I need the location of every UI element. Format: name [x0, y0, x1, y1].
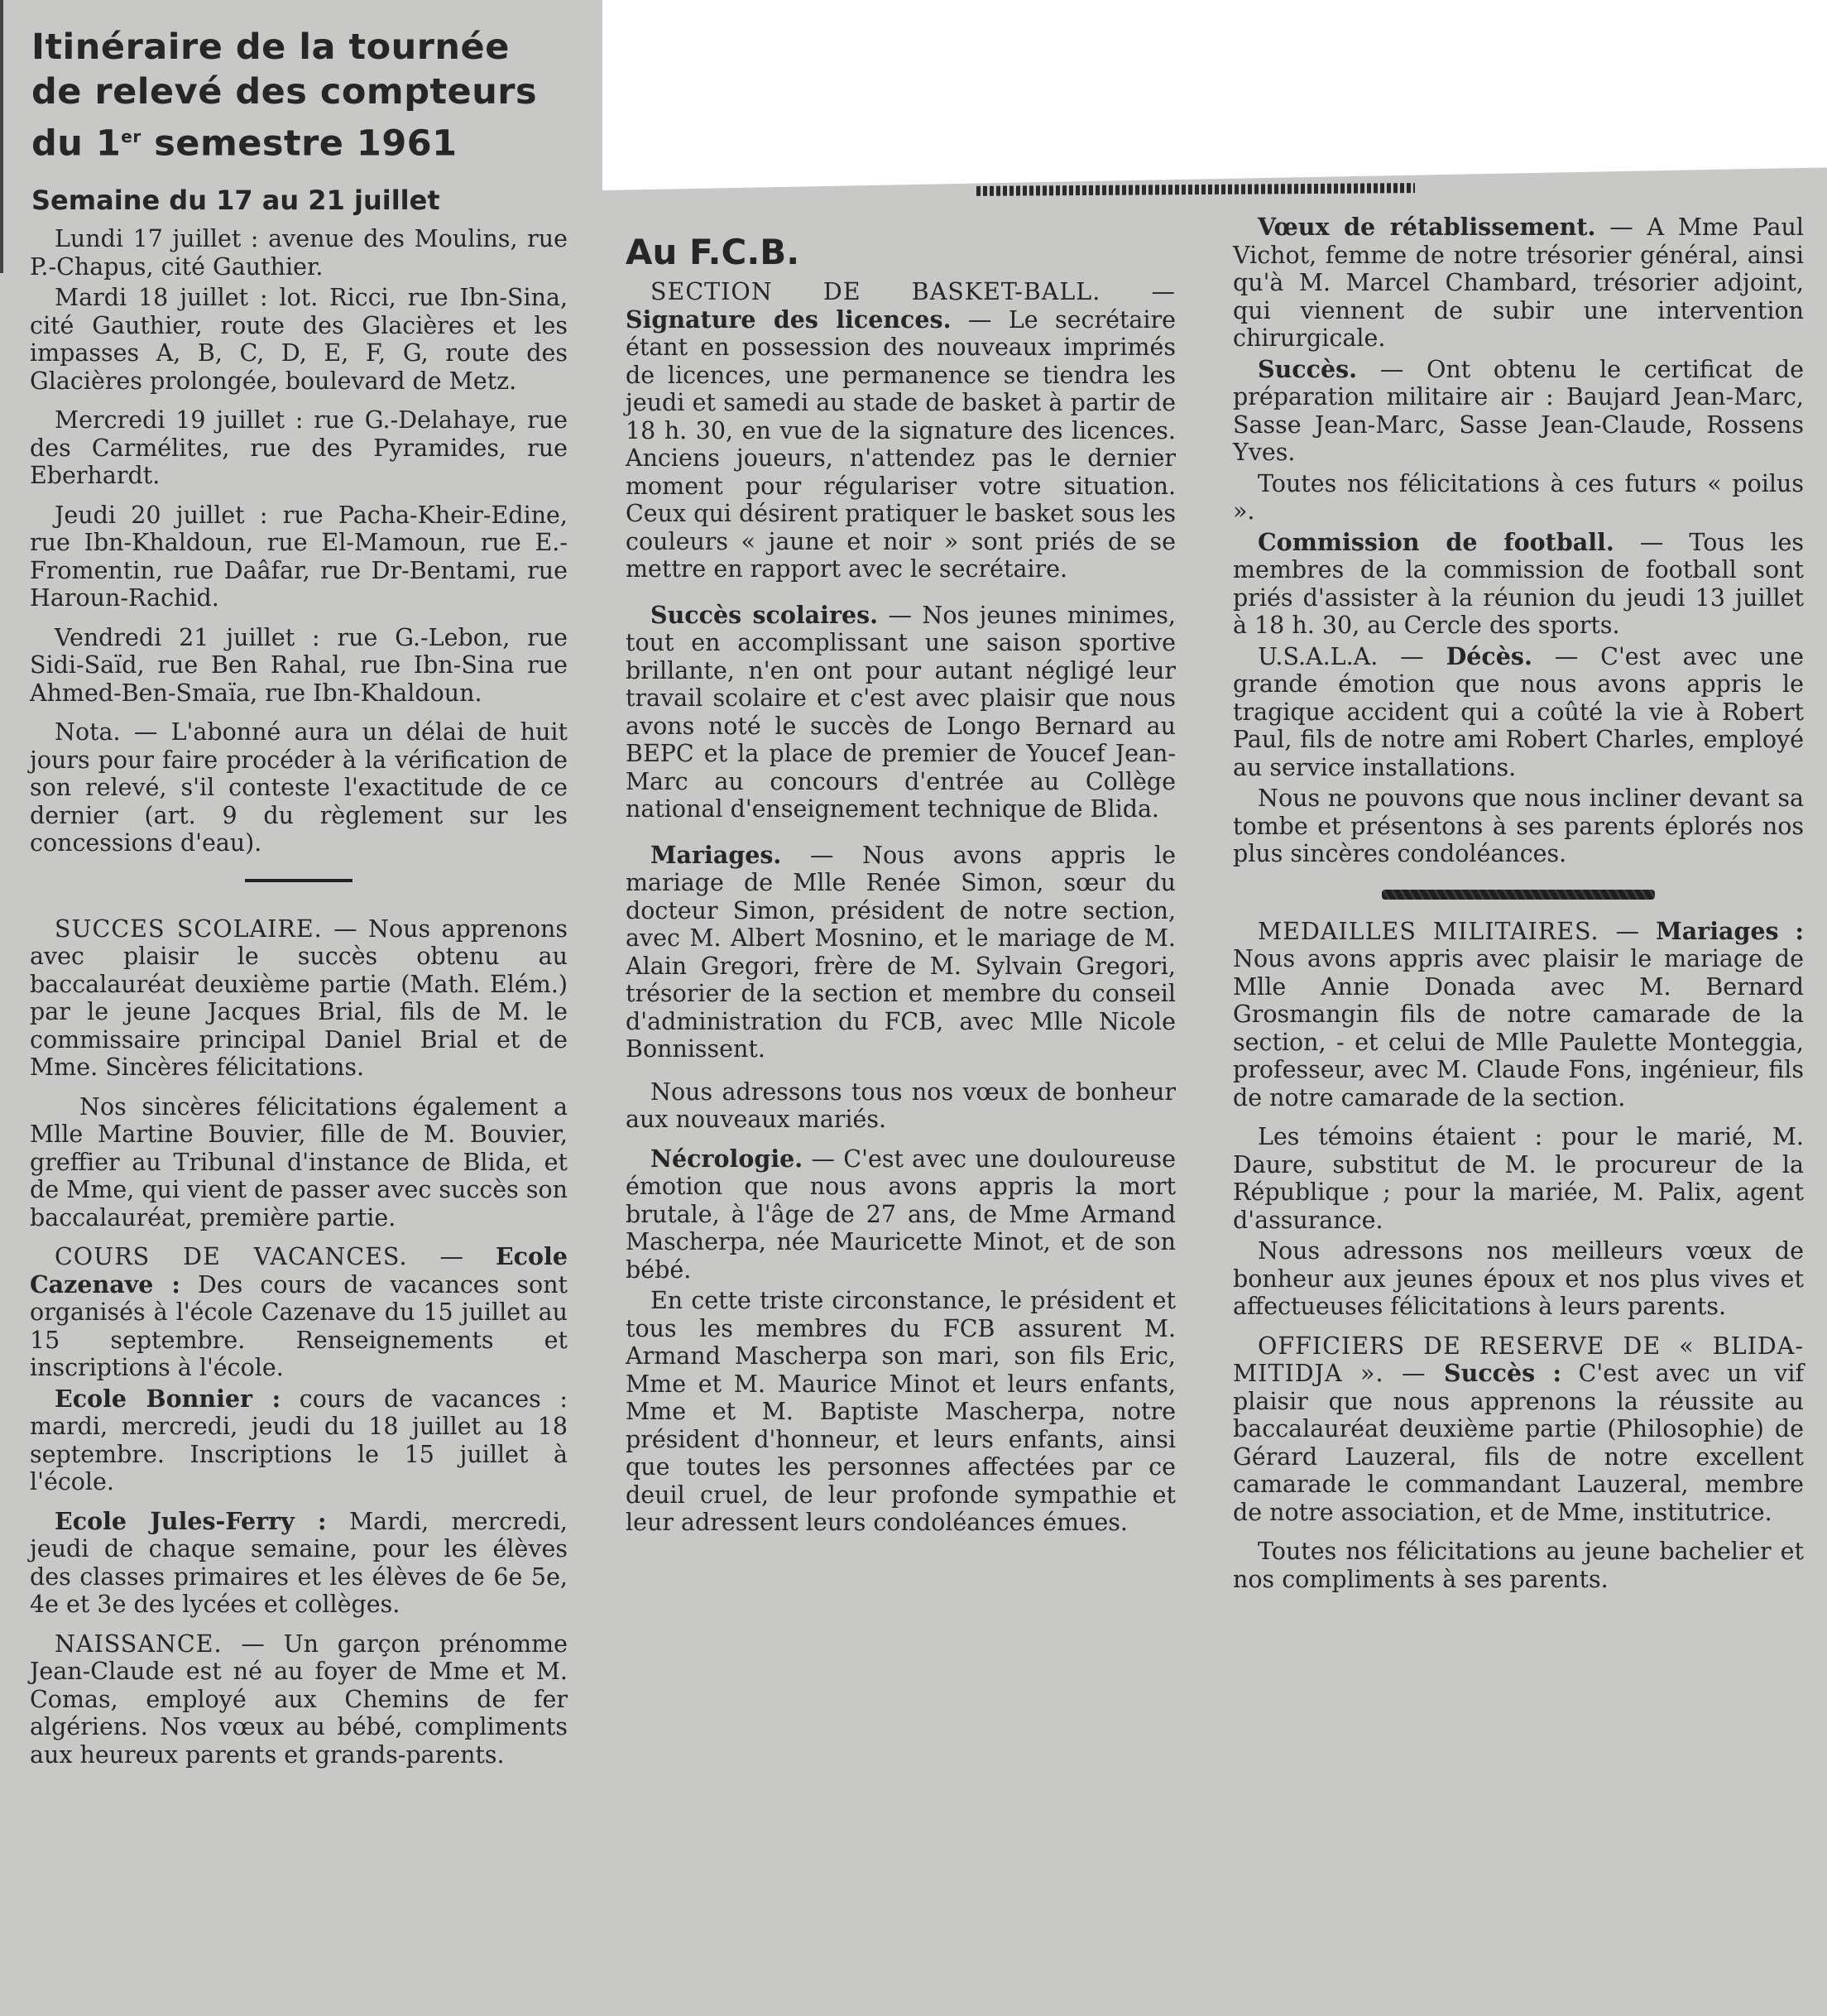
day-label: Mardi 18 juillet :	[55, 284, 268, 311]
meilleurs-voeux-paragraph: Nous adressons nos meilleurs vœux de bon…	[1233, 1237, 1804, 1321]
naissance-paragraph: NAISSANCE. — Un garçon prénomme Jean-Cla…	[30, 1630, 568, 1769]
day-label: Mercredi 19 juillet :	[55, 406, 303, 434]
section-lead: SECTION DE BASKET-BALL. —	[650, 278, 1176, 305]
section-lead: Nécrologie.	[650, 1145, 803, 1173]
headline-itineraire: Itinéraire de la tournée de relevé des c…	[31, 25, 568, 166]
section-text: Nous avons appris avec plaisir le mariag…	[1233, 945, 1804, 1111]
succes-scolaire-paragraph: SUCCES SCOLAIRE. — Nous apprenons avec p…	[30, 915, 568, 1082]
mariages-paragraph: Mariages. — Nous avons appris le mariage…	[626, 842, 1176, 1063]
schedule-monday: Lundi 17 juillet : avenue des Moulins, r…	[30, 225, 568, 281]
fcb-title: Au F.C.B.	[626, 232, 1176, 273]
section-lead: SUCCES SCOLAIRE.	[55, 915, 323, 943]
dash: —	[408, 1243, 496, 1270]
headline-line-3-post: semestre 1961	[141, 122, 458, 164]
headline-line-3-pre: du 1	[31, 122, 121, 164]
headline-line-2: de relevé des compteurs	[31, 70, 568, 114]
org-name: U.S.A.L.A. —	[1258, 643, 1446, 670]
blank-paper-area	[602, 0, 1827, 190]
section-lead: NAISSANCE.	[55, 1630, 223, 1658]
bachelier-paragraph: Toutes nos félicitations au jeune bachel…	[1233, 1538, 1804, 1593]
nota-paragraph: Nota. — L'abonné aura un délai de huit j…	[30, 718, 568, 857]
section-lead: Succès.	[1258, 355, 1357, 383]
schedule-wednesday: Mercredi 19 juillet : rue G.-Delahaye, r…	[30, 406, 568, 490]
section-lead: Décès.	[1446, 642, 1532, 670]
section-lead: Commission de football.	[1258, 528, 1614, 556]
schedule-tuesday: Mardi 18 juillet : lot. Ricci, rue Ibn-S…	[30, 284, 568, 395]
incliner-paragraph: Nous ne pouvons que nous incliner devant…	[1233, 785, 1804, 868]
temoins-paragraph: Les témoins étaient : pour le marié, M. …	[1233, 1123, 1804, 1234]
basket-paragraph: SECTION DE BASKET-BALL. — Signature des …	[626, 278, 1176, 583]
school-name: Ecole Jules-Ferry :	[55, 1507, 327, 1535]
usala-paragraph: U.S.A.L.A. — Décès. — C'est avec une gra…	[1233, 643, 1804, 782]
necrologie-paragraph: Nécrologie. — C'est avec une douloureuse…	[626, 1145, 1176, 1284]
day-label: Jeudi 20 juillet :	[55, 502, 267, 529]
subsection-lead: Signature des licences.	[626, 305, 952, 334]
school-name: Ecole Bonnier :	[55, 1385, 281, 1413]
section-text: — Nos jeunes minimes, tout en accompliss…	[626, 602, 1176, 823]
medailles-paragraph: MEDAILLES MILITAIRES. — Mariages : Nous …	[1233, 918, 1804, 1112]
succes-paragraph: Succès. — Ont obtenu le certificat de pr…	[1233, 356, 1804, 467]
headline-line-3: du 1er semestre 1961	[31, 114, 568, 166]
section-lead: Vœux de rétablissement.	[1258, 213, 1595, 241]
schedule-friday: Vendredi 21 juillet : rue G.-Lebon, rue …	[30, 624, 568, 708]
headline-superscript: er	[121, 127, 141, 146]
succes-scolaires-paragraph: Succès scolaires. — Nos jeunes minimes, …	[626, 602, 1176, 823]
column-edge-rule	[0, 0, 3, 273]
retablissement-paragraph: Vœux de rétablissement. — A Mme Paul Vic…	[1233, 214, 1804, 353]
section-divider	[245, 879, 352, 882]
section-lead: COURS DE VACANCES.	[55, 1243, 408, 1270]
wavy-divider	[1382, 890, 1655, 900]
officiers-paragraph: OFFICIERS DE RESERVE DE « BLIDA-MITIDJA …	[1233, 1332, 1804, 1527]
cours-vacances-paragraph: COURS DE VACANCES. — Ecole Cazenave : De…	[30, 1243, 568, 1382]
poilus-paragraph: Toutes nos félicitations à ces futurs « …	[1233, 470, 1804, 526]
condoleances-paragraph: En cette triste circonstance, le préside…	[626, 1287, 1176, 1537]
section-lead: Mariages.	[650, 841, 781, 869]
subsection-lead: Mariages :	[1656, 917, 1804, 945]
subsection-lead: Succès :	[1444, 1359, 1561, 1387]
left-column: Itinéraire de la tournée de relevé des c…	[30, 25, 568, 1780]
headline-line-1: Itinéraire de la tournée	[31, 25, 568, 70]
middle-column: Au F.C.B. SECTION DE BASKET-BALL. — Sign…	[626, 232, 1176, 1548]
section-lead: Succès scolaires.	[650, 601, 878, 629]
ecole-jules-ferry-paragraph: Ecole Jules-Ferry : Mardi, mercredi, jeu…	[30, 1508, 568, 1619]
day-label: Vendredi 21 juillet :	[55, 624, 320, 651]
voeux-paragraph: Nous adressons tous nos vœux de bonheur …	[626, 1078, 1176, 1134]
commission-paragraph: Commission de football. — Tous les membr…	[1233, 529, 1804, 640]
section-lead: MEDAILLES MILITAIRES. —	[1258, 918, 1640, 945]
week-subhead: Semaine du 17 au 21 juillet	[31, 184, 568, 217]
day-label: Lundi 17 juillet :	[55, 225, 259, 252]
dotted-separator	[976, 183, 1415, 196]
ecole-bonnier-paragraph: Ecole Bonnier : cours de vacances : mard…	[30, 1385, 568, 1496]
section-text: — Nous avons appris le mariage de Mlle R…	[626, 842, 1176, 1063]
schedule-thursday: Jeudi 20 juillet : rue Pacha-Kheir-Edine…	[30, 502, 568, 612]
section-text: — Le secrétaire étant en possession des …	[626, 306, 1176, 583]
right-column: Vœux de rétablissement. — A Mme Paul Vic…	[1233, 214, 1804, 1605]
felicitations-paragraph: Nos sincères félicitations également a M…	[30, 1093, 568, 1232]
